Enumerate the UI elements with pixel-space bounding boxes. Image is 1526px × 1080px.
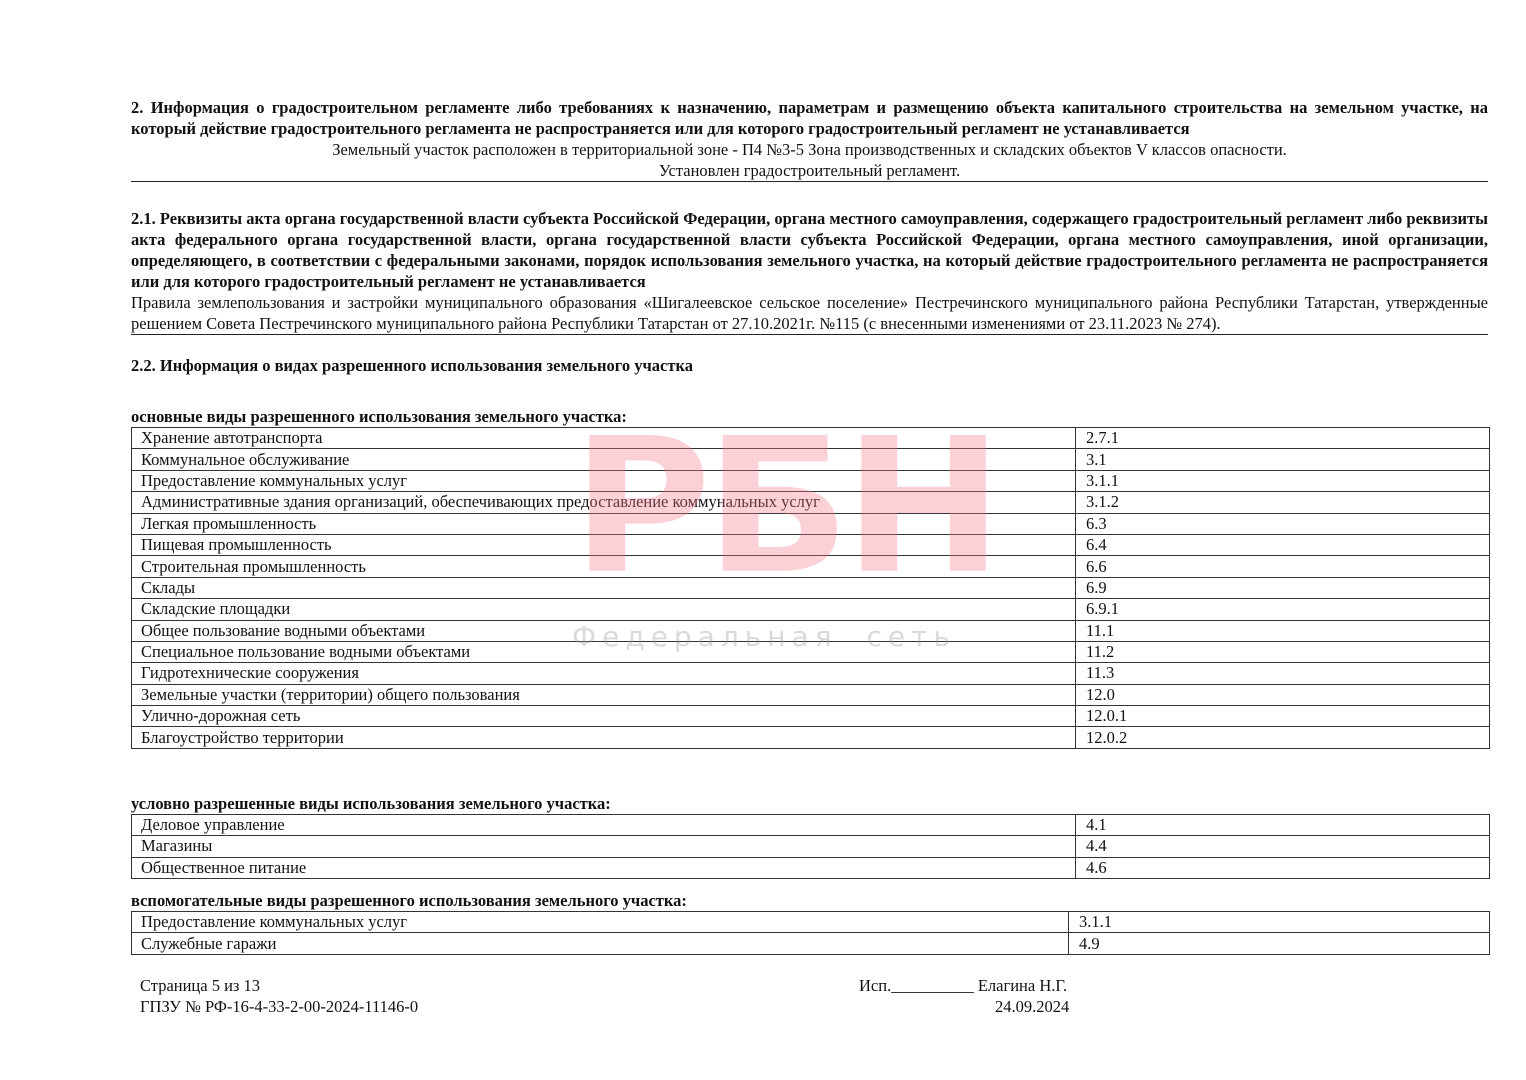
- use-code-cell: 6.4: [1076, 534, 1490, 555]
- table-row: Общее пользование водными объектами11.1: [132, 620, 1490, 641]
- table-row: Общественное питание4.6: [132, 857, 1490, 878]
- document-page: 2. Информация о градостроительном реглам…: [131, 97, 1488, 955]
- auxiliary-uses-table: Предоставление коммунальных услуг3.1.1Сл…: [131, 911, 1490, 955]
- use-name-cell: Улично-дорожная сеть: [132, 706, 1076, 727]
- use-code-cell: 12.0.1: [1076, 706, 1490, 727]
- table-row: Улично-дорожная сеть12.0.1: [132, 706, 1490, 727]
- table-row: Складские площадки6.9.1: [132, 599, 1490, 620]
- table-row: Земельные участки (территории) общего по…: [132, 684, 1490, 705]
- auxiliary-uses-title: вспомогательные виды разрешенного исполь…: [131, 891, 1488, 911]
- use-name-cell: Гидротехнические сооружения: [132, 663, 1076, 684]
- table-row: Строительная промышленность6.6: [132, 556, 1490, 577]
- use-code-cell: 2.7.1: [1076, 428, 1490, 449]
- use-name-cell: Деловое управление: [132, 814, 1076, 835]
- use-code-cell: 3.1.2: [1076, 492, 1490, 513]
- use-name-cell: Земельные участки (территории) общего по…: [132, 684, 1076, 705]
- use-code-cell: 11.2: [1076, 641, 1490, 662]
- main-uses-table: Хранение автотранспорта2.7.1Коммунальное…: [131, 427, 1490, 749]
- use-name-cell: Предоставление коммунальных услуг: [132, 912, 1069, 933]
- zone-line: Земельный участок расположен в территори…: [131, 139, 1488, 160]
- table-row: Деловое управление4.1: [132, 814, 1490, 835]
- use-name-cell: Служебные гаражи: [132, 933, 1069, 954]
- use-name-cell: Общее пользование водными объектами: [132, 620, 1076, 641]
- table-row: Благоустройство территории12.0.2: [132, 727, 1490, 748]
- table-row: Пищевая промышленность6.4: [132, 534, 1490, 555]
- use-name-cell: Строительная промышленность: [132, 556, 1076, 577]
- use-code-cell: 11.3: [1076, 663, 1490, 684]
- use-name-cell: Складские площадки: [132, 599, 1076, 620]
- table-row: Склады6.9: [132, 577, 1490, 598]
- use-code-cell: 4.4: [1076, 836, 1490, 857]
- use-name-cell: Легкая промышленность: [132, 513, 1076, 534]
- table-row: Гидротехнические сооружения11.3: [132, 663, 1490, 684]
- use-code-cell: 4.9: [1069, 933, 1490, 954]
- use-code-cell: 3.1.1: [1069, 912, 1490, 933]
- use-code-cell: 4.6: [1076, 857, 1490, 878]
- use-name-cell: Предоставление коммунальных услуг: [132, 470, 1076, 491]
- footer-executor: Исп.__________ Елагина Н.Г.: [859, 975, 1067, 996]
- table-row: Хранение автотранспорта2.7.1: [132, 428, 1490, 449]
- use-name-cell: Административные здания организаций, обе…: [132, 492, 1076, 513]
- table-row: Магазины4.4: [132, 836, 1490, 857]
- table-row: Коммунальное обслуживание3.1: [132, 449, 1490, 470]
- section-2-1-heading: 2.1. Реквизиты акта органа государственн…: [131, 208, 1488, 292]
- conditional-uses-title: условно разрешенные виды использования з…: [131, 794, 1488, 814]
- main-uses-title: основные виды разрешенного использования…: [131, 407, 1488, 427]
- section-2-1-text: Правила землепользования и застройки мун…: [131, 292, 1488, 335]
- conditional-uses-table: Деловое управление4.1Магазины4.4Обществе…: [131, 814, 1490, 879]
- footer-doc-number: ГПЗУ № РФ-16-4-33-2-00-2024-11146-0: [140, 996, 418, 1017]
- table-row: Предоставление коммунальных услуг3.1.1: [132, 912, 1490, 933]
- use-code-cell: 3.1.1: [1076, 470, 1490, 491]
- section-2-heading: 2. Информация о градостроительном реглам…: [131, 97, 1488, 139]
- use-name-cell: Общественное питание: [132, 857, 1076, 878]
- footer-date: 24.09.2024: [995, 996, 1069, 1017]
- table-row: Специальное пользование водными объектам…: [132, 641, 1490, 662]
- section-2-2-heading: 2.2. Информация о видах разрешенного исп…: [131, 355, 1488, 376]
- use-name-cell: Склады: [132, 577, 1076, 598]
- table-row: Административные здания организаций, обе…: [132, 492, 1490, 513]
- use-code-cell: 3.1: [1076, 449, 1490, 470]
- use-name-cell: Хранение автотранспорта: [132, 428, 1076, 449]
- table-row: Легкая промышленность6.3: [132, 513, 1490, 534]
- use-code-cell: 12.0: [1076, 684, 1490, 705]
- table-row: Служебные гаражи4.9: [132, 933, 1490, 954]
- use-code-cell: 6.3: [1076, 513, 1490, 534]
- use-name-cell: Магазины: [132, 836, 1076, 857]
- use-code-cell: 11.1: [1076, 620, 1490, 641]
- use-code-cell: 4.1: [1076, 814, 1490, 835]
- regulation-line: Установлен градостроительный регламент.: [131, 160, 1488, 182]
- use-name-cell: Благоустройство территории: [132, 727, 1076, 748]
- use-name-cell: Коммунальное обслуживание: [132, 449, 1076, 470]
- table-row: Предоставление коммунальных услуг3.1.1: [132, 470, 1490, 491]
- footer-page-number: Страница 5 из 13: [140, 975, 260, 996]
- use-name-cell: Специальное пользование водными объектам…: [132, 641, 1076, 662]
- use-code-cell: 12.0.2: [1076, 727, 1490, 748]
- use-name-cell: Пищевая промышленность: [132, 534, 1076, 555]
- use-code-cell: 6.9: [1076, 577, 1490, 598]
- use-code-cell: 6.9.1: [1076, 599, 1490, 620]
- use-code-cell: 6.6: [1076, 556, 1490, 577]
